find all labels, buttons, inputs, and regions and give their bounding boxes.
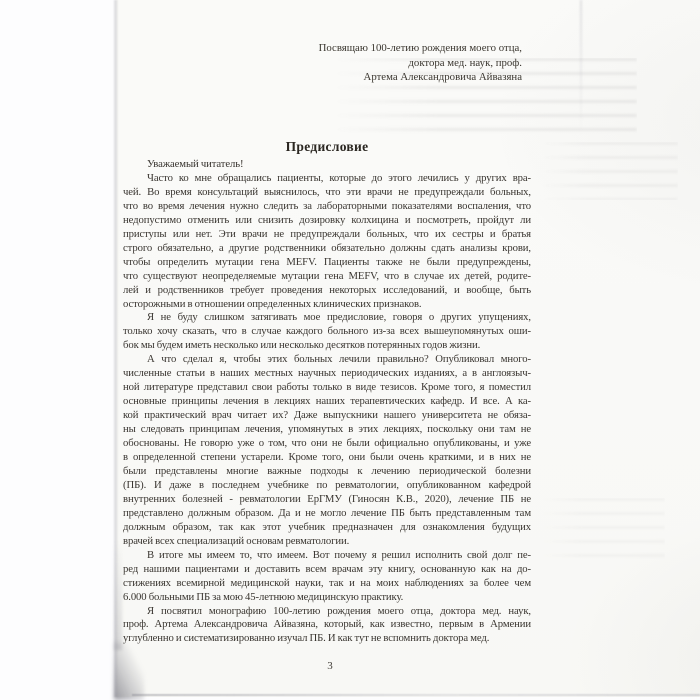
text-line: обоснованы. Не говорю уже о том, что они… xyxy=(123,437,531,451)
text-line: что существуют неопределяемые мутации ге… xyxy=(123,270,531,284)
text-line: недопустимо отменить или снизить дозиров… xyxy=(123,214,531,228)
text-line: строго обязательно, а другие родственник… xyxy=(123,242,531,256)
text-line: Я посвятил монографию 100-летию рождения… xyxy=(123,605,531,619)
text-line: численные статьи в наших местных научных… xyxy=(123,367,531,381)
text-line: бок мы будем иметь несколько или несколь… xyxy=(123,339,531,353)
text-line: углубленно и систематизированно изучал П… xyxy=(123,632,531,646)
page-number: 3 xyxy=(123,660,537,672)
text-line: приступы или нет. Эти врачи не предупреж… xyxy=(123,228,531,242)
text-line: 6.000 больными ПБ за мою 45-летнюю медиц… xyxy=(123,591,531,605)
text-line: Я не буду слишком затягивать мое предисл… xyxy=(123,311,531,325)
text-line: стижениях всемирной медицинской науки, т… xyxy=(123,577,531,591)
page-shadow xyxy=(114,540,122,650)
text-line: (ПБ). И даже в последнем учебнике по рев… xyxy=(123,479,531,493)
book-page-photo: Посвящаю 100-летию рождения моего отца,д… xyxy=(0,0,700,700)
text-line: чей. Во время консультаций выяснилось, ч… xyxy=(123,186,531,200)
text-line: представлено должным образом. Да и не мо… xyxy=(123,507,531,521)
text-line: чтобы определить мутации гена MEFV. Паци… xyxy=(123,256,531,270)
gutter-shadow xyxy=(114,642,144,700)
text-line: только хочу сказать, что в случае каждог… xyxy=(123,325,531,339)
page-bottom-edge xyxy=(132,694,700,696)
dedication-line: Артема Александровича Айвазяна xyxy=(240,70,522,85)
dedication-line: доктора мед. наук, проф. xyxy=(240,56,522,71)
text-line: врачей всех специализаций основам ревмат… xyxy=(123,535,531,549)
text-line: ны следовать принципам лечения, упомянут… xyxy=(123,423,531,437)
text-line: в определенной степени устарели. Кроме т… xyxy=(123,451,531,465)
text-line: лей и родственников требует проведения н… xyxy=(123,284,531,298)
text-line: В итоге мы имеем то, что имеем. Вот поче… xyxy=(123,549,531,563)
text-line: Уважаемый читатель! xyxy=(123,158,531,172)
text-line: были представлены многие важные подходы … xyxy=(123,465,531,479)
text-line: осторожными в отношении определенных кли… xyxy=(123,298,531,312)
text-line: внутренних болезней - ревматологии ЕрГМУ… xyxy=(123,493,531,507)
text-line: что во время лечения нужно следить за ла… xyxy=(123,200,531,214)
preface-body-text: Уважаемый читатель!Часто ко мне обращали… xyxy=(123,158,531,646)
text-line: Часто ко мне обращались пациенты, которы… xyxy=(123,172,531,186)
text-line: кой практический врач читает их? Даже вы… xyxy=(123,409,531,423)
paper-crease xyxy=(580,0,582,135)
text-line: ной литературе представил свои работы то… xyxy=(123,381,531,395)
dedication: Посвящаю 100-летию рождения моего отца,д… xyxy=(240,41,522,85)
dedication-line: Посвящаю 100-летию рождения моего отца, xyxy=(240,41,522,56)
text-line: А что сделал я, чтобы этих больных лечил… xyxy=(123,353,531,367)
text-line: должным образом, так как этот учебник пр… xyxy=(123,521,531,535)
text-line: проф. Артема Александровича Айвазяна, ко… xyxy=(123,618,531,632)
text-line: основные принципы лечения в лекциях наши… xyxy=(123,395,531,409)
section-heading: Предисловие xyxy=(123,139,531,155)
text-line: ред нашими пациентами и доставить всем в… xyxy=(123,563,531,577)
